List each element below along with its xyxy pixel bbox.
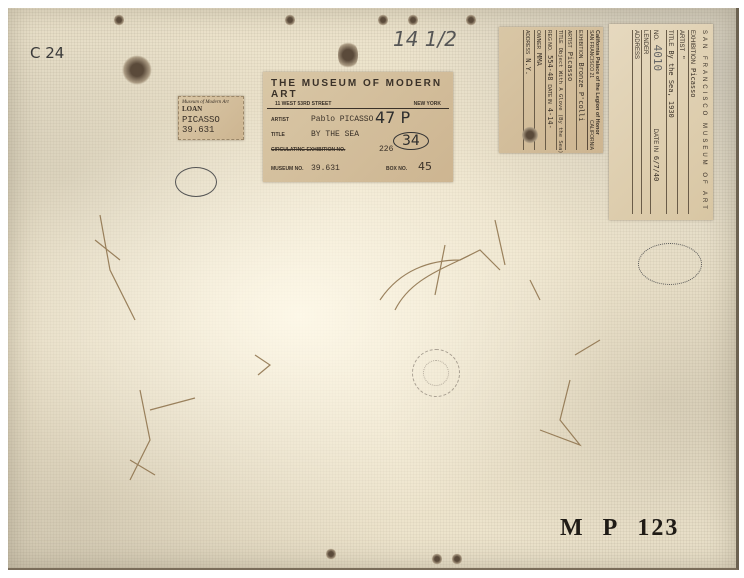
stencil-mark: MP123 (560, 515, 697, 542)
glue-fibers (0, 0, 744, 578)
stencil-m: M (560, 515, 585, 541)
stencil-p: P (603, 515, 620, 541)
stencil-number: 123 (637, 515, 679, 541)
